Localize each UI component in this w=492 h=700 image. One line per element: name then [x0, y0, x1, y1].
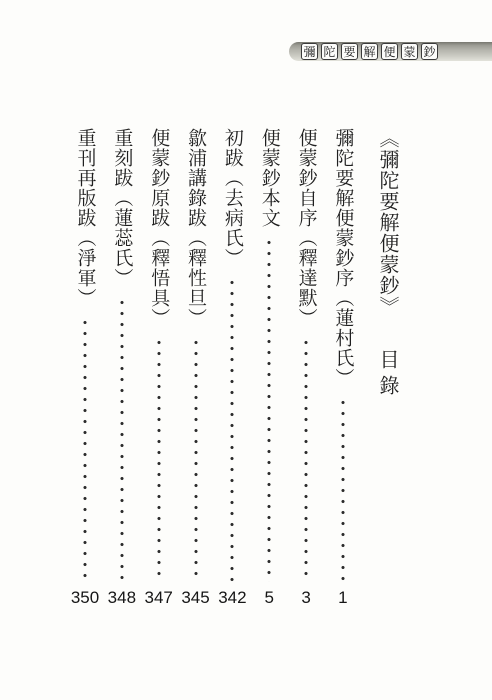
running-head-character: 要: [341, 43, 358, 60]
toc-entry: 彌陀要解便蒙鈔序（蓮村氏） 1: [326, 128, 360, 606]
leader-dots: [120, 297, 124, 582]
running-head-character: 便: [381, 43, 398, 60]
leader-dots: [157, 337, 161, 582]
running-head-bar: 彌 陀 要 解 便 蒙 鈔: [289, 42, 492, 61]
running-head-character: 陀: [321, 43, 338, 60]
toc-entry: 重刻跋（蓮蕊氏） 348: [105, 128, 139, 606]
toc-entry-title: 彌陀要解便蒙鈔序（蓮村氏）: [333, 128, 352, 388]
toc-entry-title: 重刻跋（蓮蕊氏）: [112, 128, 131, 288]
toc-entry-title: 初跋（去病氏）: [223, 128, 242, 268]
toc-label: 目錄: [376, 349, 398, 401]
leader-dots: [230, 277, 234, 582]
running-head-character: 解: [361, 43, 378, 60]
toc-entry-title: 便蒙鈔本文: [260, 128, 279, 228]
leader-dots: [304, 337, 308, 582]
toc-entry-page-number: 3: [301, 589, 310, 606]
toc-entry-title: 便蒙鈔原跋（釋悟具）: [149, 128, 168, 328]
leader-dots: [267, 237, 271, 582]
toc-entry: 初跋（去病氏） 342: [215, 128, 249, 606]
toc-title-column: 《彌陀要解便蒙鈔》 目錄: [374, 128, 400, 401]
running-head-character: 鈔: [421, 43, 438, 60]
toc-entry: 便蒙鈔原跋（釋悟具） 347: [142, 128, 176, 606]
leader-dots: [83, 317, 87, 582]
toc-entry-page-number: 1: [338, 589, 347, 606]
toc-entry: 便蒙鈔自序（釋達默） 3: [289, 128, 323, 606]
toc-entry-page-number: 5: [264, 589, 273, 606]
toc-entries: 彌陀要解便蒙鈔序（蓮村氏） 1 便蒙鈔自序（釋達默） 3 便蒙鈔本文 5 初跋（…: [68, 128, 360, 606]
toc-entry-page-number: 342: [218, 589, 246, 606]
leader-dots: [194, 337, 198, 582]
toc-entry-title: 重刊再版跋（淨軍）: [76, 128, 95, 308]
toc-entry-page-number: 345: [181, 589, 209, 606]
book-title: 《彌陀要解便蒙鈔》: [376, 128, 398, 317]
toc-entry-page-number: 350: [71, 589, 99, 606]
toc-entry-title: 歙浦講錄跋（釋性旦）: [186, 128, 205, 328]
toc-entry-page-number: 347: [145, 589, 173, 606]
toc-entry-title: 便蒙鈔自序（釋達默）: [297, 128, 316, 328]
toc-entry: 歙浦講錄跋（釋性旦） 345: [179, 128, 213, 606]
running-head-character: 彌: [301, 43, 318, 60]
running-head-character: 蒙: [401, 43, 418, 60]
toc-entry-page-number: 348: [108, 589, 136, 606]
toc-entry: 便蒙鈔本文 5: [252, 128, 286, 606]
leader-dots: [341, 397, 345, 582]
toc-entry: 重刊再版跋（淨軍） 350: [68, 128, 102, 606]
